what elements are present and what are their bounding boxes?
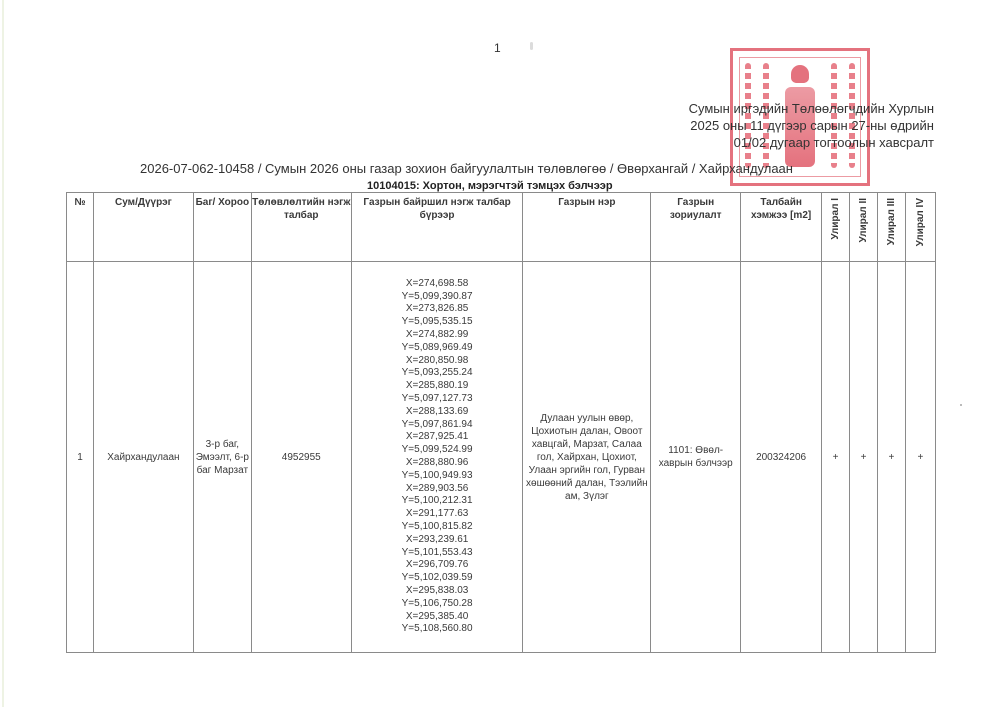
- season-3-label: Улирал III: [885, 198, 898, 245]
- coordinate-value: Y=5,095,535.15: [352, 316, 523, 329]
- coordinate-value: Y=5,097,861.94: [352, 419, 523, 432]
- page-number: 1: [494, 41, 501, 55]
- season-2-label: Улирал II: [857, 198, 870, 242]
- header-no: №: [67, 193, 94, 262]
- cell-season-3: +: [877, 262, 905, 653]
- coordinate-value: Y=5,099,390.87: [352, 291, 523, 304]
- coordinate-value: X=285,880.19: [352, 380, 523, 393]
- coordinate-value: X=274,882.99: [352, 329, 523, 342]
- coordinate-value: X=295,838.03: [352, 585, 523, 598]
- cell-season-1: +: [822, 262, 850, 653]
- coordinate-value: Y=5,106,750.28: [352, 598, 523, 611]
- coordinate-value: Y=5,099,524.99: [352, 444, 523, 457]
- scan-speck-right: [960, 404, 962, 406]
- header-unit: Төлөвлөлтийн нэгж талбар: [251, 193, 351, 262]
- coordinate-value: Y=5,100,815.82: [352, 521, 523, 534]
- resolution-line-1: Сумын иргэдийн Төлөөлөгчдийн Хурлын: [689, 100, 934, 117]
- cell-bag: 3-р баг, Эмээлт, 6-р баг Марзат: [193, 262, 251, 653]
- resolution-line-2: 2025 оны 11 дүгээр сарын 27-ны өдрийн: [689, 117, 934, 134]
- coordinate-value: Y=5,101,553.43: [352, 547, 523, 560]
- header-season-4: Улирал IV: [905, 193, 935, 262]
- coordinate-value: Y=5,097,127.73: [352, 393, 523, 406]
- coordinate-value: X=293,239.61: [352, 534, 523, 547]
- header-season-2: Улирал II: [850, 193, 878, 262]
- season-1-label: Улирал I: [829, 198, 842, 240]
- coordinate-value: X=291,177.63: [352, 508, 523, 521]
- soyombo-fire-icon: [791, 65, 809, 83]
- resolution-header: Сумын иргэдийн Төлөөлөгчдийн Хурлын 2025…: [689, 100, 934, 151]
- coordinate-list: X=274,698.58Y=5,099,390.87X=273,826.85Y=…: [352, 278, 523, 636]
- document-title: 2026-07-062-10458 / Сумын 2026 оны газар…: [140, 161, 793, 176]
- header-name: Газрын нэр: [523, 193, 651, 262]
- header-sum: Сум/Дүүрэг: [93, 193, 193, 262]
- cell-area: 200324206: [741, 262, 822, 653]
- coordinate-value: X=280,850.98: [352, 355, 523, 368]
- coordinate-value: Y=5,108,560.80: [352, 623, 523, 636]
- resolution-line-3: 01/02 дугаар тогтоолын хавсралт: [689, 134, 934, 151]
- header-location: Газрын байршил нэгж талбар бүрээр: [351, 193, 523, 262]
- coordinate-value: X=288,133.69: [352, 406, 523, 419]
- coordinate-value: X=295,385.40: [352, 611, 523, 624]
- coordinate-value: Y=5,093,255.24: [352, 367, 523, 380]
- header-season-1: Улирал I: [822, 193, 850, 262]
- scan-edge: [2, 0, 4, 707]
- cell-coordinates: X=274,698.58Y=5,099,390.87X=273,826.85Y=…: [351, 262, 523, 653]
- coordinate-value: X=296,709.76: [352, 559, 523, 572]
- cell-name: Дулаан уулын өвөр, Цохиотын далан, Овоот…: [523, 262, 651, 653]
- scan-speck: [530, 42, 533, 50]
- cell-sum: Хайрхандулаан: [93, 262, 193, 653]
- header-bag: Баг/ Хороо: [193, 193, 251, 262]
- cell-purpose: 1101: Өвөл-хаврын бэлчээр: [651, 262, 741, 653]
- coordinate-value: X=288,880.96: [352, 457, 523, 470]
- season-4-label: Улирал IV: [914, 198, 927, 246]
- cell-no: 1: [67, 262, 94, 653]
- coordinate-value: Y=5,100,212.31: [352, 495, 523, 508]
- coordinate-value: X=274,698.58: [352, 278, 523, 291]
- coordinate-value: Y=5,102,039.59: [352, 572, 523, 585]
- coordinate-value: X=289,903.56: [352, 483, 523, 496]
- coordinate-value: Y=5,100,949.93: [352, 470, 523, 483]
- document-subtitle: 10104015: Хортон, мэрэгчтэй тэмцэх бэлчэ…: [367, 180, 613, 192]
- header-purpose: Газрын зориулалт: [651, 193, 741, 262]
- cell-season-2: +: [850, 262, 878, 653]
- coordinate-value: X=273,826.85: [352, 303, 523, 316]
- coordinate-value: X=287,925.41: [352, 431, 523, 444]
- table-header-row: № Сум/Дүүрэг Баг/ Хороо Төлөвлөлтийн нэг…: [67, 193, 936, 262]
- table-row: 1 Хайрхандулаан 3-р баг, Эмээлт, 6-р баг…: [67, 262, 936, 653]
- header-season-3: Улирал III: [877, 193, 905, 262]
- cell-unit: 4952955: [251, 262, 351, 653]
- header-area: Талбайн хэмжээ [m2]: [741, 193, 822, 262]
- coordinate-value: Y=5,089,969.49: [352, 342, 523, 355]
- land-plan-table: № Сум/Дүүрэг Баг/ Хороо Төлөвлөлтийн нэг…: [66, 192, 936, 653]
- cell-season-4: +: [905, 262, 935, 653]
